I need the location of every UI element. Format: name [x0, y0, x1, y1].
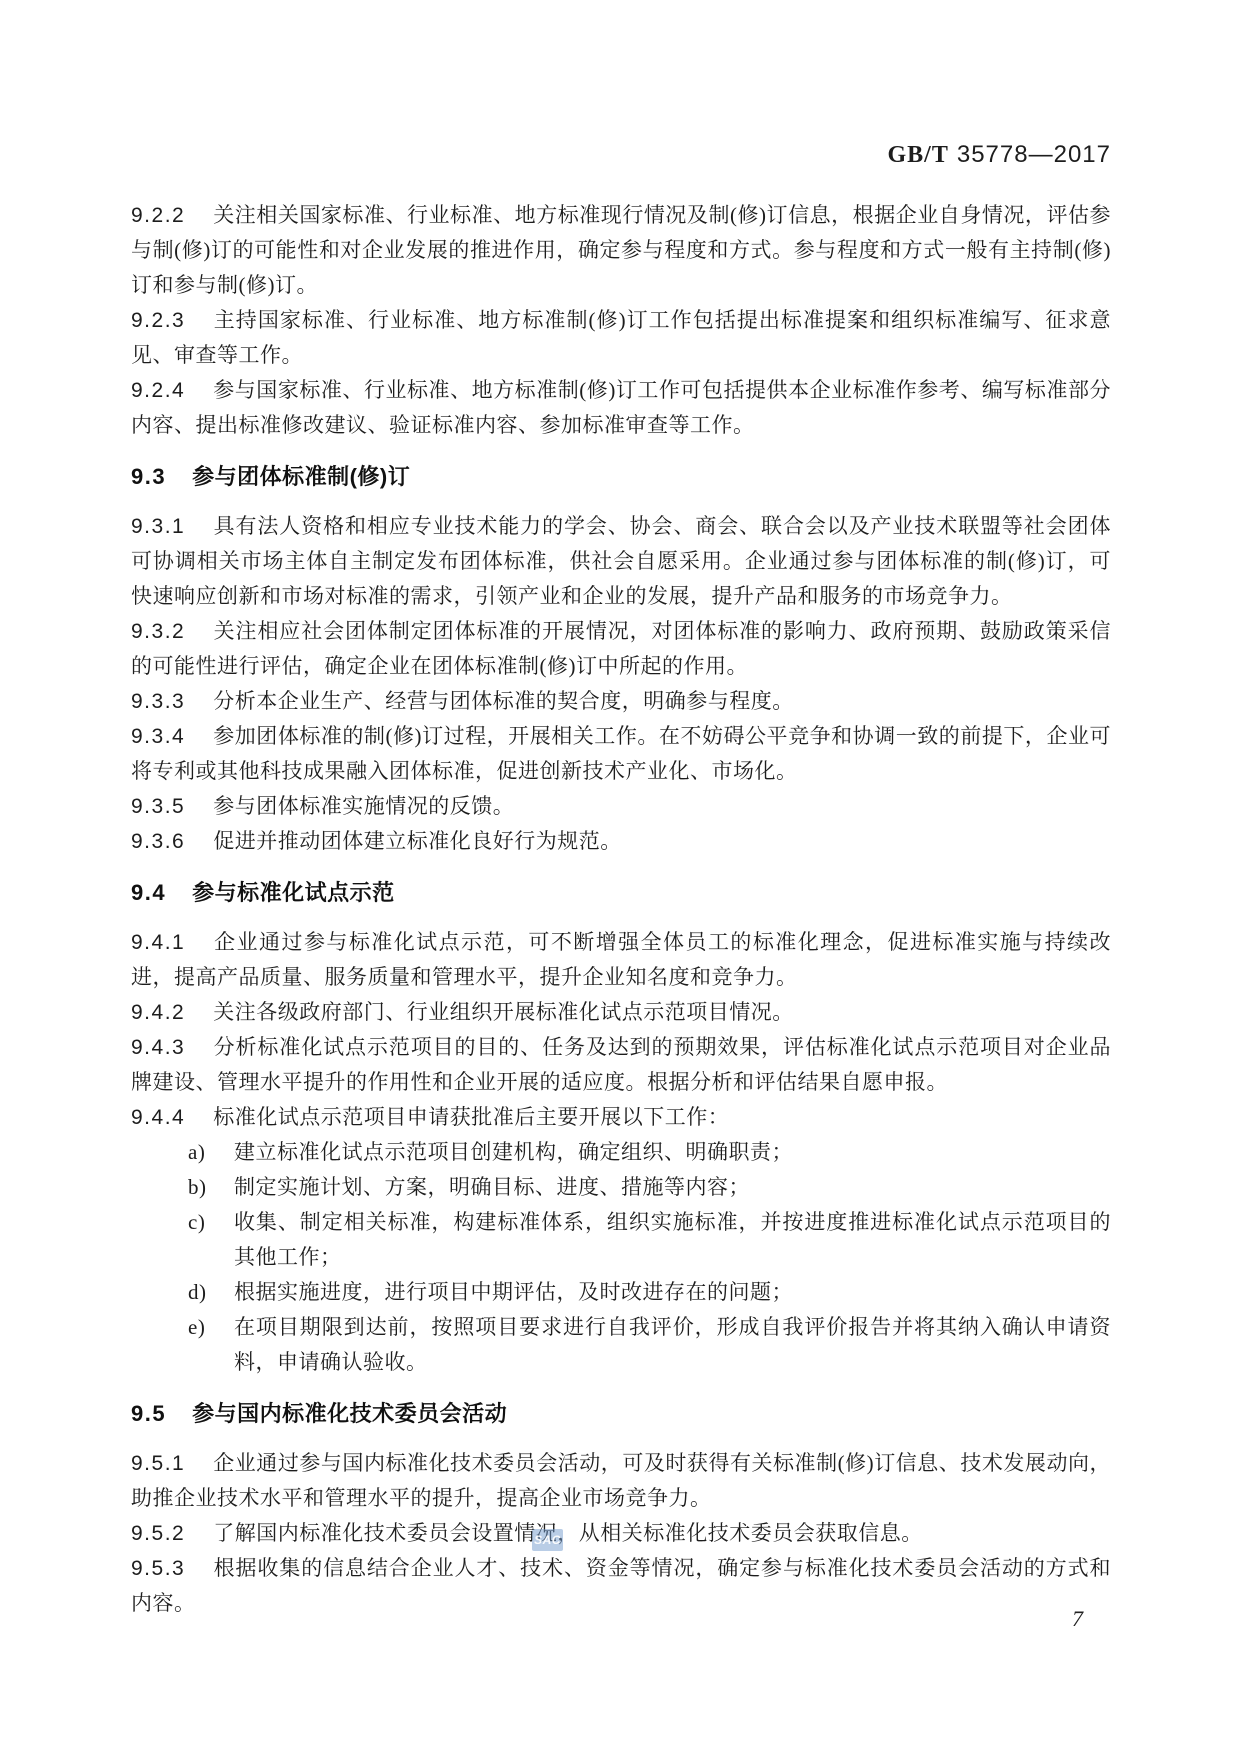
list-item-a: a)建立标准化试点示范项目创建机构，确定组织、明确职责；	[131, 1135, 1111, 1170]
list-item-b: b)制定实施计划、方案，明确目标、进度、措施等内容；	[131, 1170, 1111, 1205]
clause-text: 参加团体标准的制(修)订过程，开展相关工作。在不妨碍公平竞争和协调一致的前提下，…	[131, 724, 1111, 783]
clause-number: 9.2.2	[131, 204, 185, 227]
heading-number: 9.4	[131, 880, 166, 905]
heading-text: 参与标准化试点示范	[192, 880, 395, 905]
heading-text: 参与团体标准制(修)订	[192, 464, 410, 489]
clause-number: 9.5.3	[131, 1557, 185, 1580]
clause-text: 促进并推动团体建立标准化良好行为规范。	[213, 829, 622, 853]
clause-number: 9.4.1	[131, 931, 185, 954]
clause-9-4-3: 9.4.3分析标准化试点示范项目的目的、任务及达到的预期效果，评估标准化试点示范…	[131, 1030, 1111, 1100]
clause-9-2-2: 9.2.2关注相关国家标准、行业标准、地方标准现行情况及制(修)订信息，根据企业…	[131, 198, 1111, 303]
clause-9-2-4: 9.2.4参与国家标准、行业标准、地方标准制(修)订工作可包括提供本企业标准作参…	[131, 373, 1111, 443]
clause-number: 9.3.5	[131, 795, 185, 818]
list-item-d: d)根据实施进度，进行项目中期评估，及时改进存在的问题；	[131, 1275, 1111, 1310]
clause-number: 9.3.3	[131, 690, 185, 713]
list-item-text: 建立标准化试点示范项目创建机构，确定组织、明确职责；	[234, 1135, 1111, 1170]
section-heading-9-3: 9.3参与团体标准制(修)订	[131, 459, 1111, 494]
clause-text: 关注各级政府部门、行业组织开展标准化试点示范项目情况。	[213, 1000, 794, 1024]
list-item-text: 收集、制定相关标准，构建标准体系，组织实施标准，并按进度推进标准化试点示范项目的…	[234, 1205, 1111, 1275]
list-item-label: b)	[188, 1170, 234, 1205]
clause-9-5-3: 9.5.3根据收集的信息结合企业人才、技术、资金等情况，确定参与标准化技术委员会…	[131, 1551, 1111, 1621]
clause-9-3-3: 9.3.3分析本企业生产、经营与团体标准的契合度，明确参与程度。	[131, 684, 1111, 719]
list-item-label: a)	[188, 1135, 234, 1170]
sac-watermark-text: SAC	[534, 1533, 561, 1547]
standard-code-number: 35778—2017	[957, 141, 1111, 168]
section-heading-9-5: 9.5参与国内标准化技术委员会活动	[131, 1396, 1111, 1431]
list-item-e: e)在项目期限到达前，按照项目要求进行自我评价，形成自我评价报告并将其纳入确认申…	[131, 1310, 1111, 1380]
clause-number: 9.5.1	[131, 1452, 185, 1475]
sac-watermark-logo: SAC	[532, 1529, 563, 1551]
clause-text: 关注相应社会团体制定团体标准的开展情况，对团体标准的影响力、政府预期、鼓励政策采…	[131, 619, 1111, 678]
clause-9-3-6: 9.3.6促进并推动团体建立标准化良好行为规范。	[131, 824, 1111, 859]
clause-number: 9.4.3	[131, 1036, 185, 1059]
page-header: GB/T35778—2017	[131, 141, 1111, 169]
list-item-text: 在项目期限到达前，按照项目要求进行自我评价，形成自我评价报告并将其纳入确认申请资…	[234, 1310, 1111, 1380]
clause-9-3-1: 9.3.1具有法人资格和相应专业技术能力的学会、协会、商会、联合会以及产业技术联…	[131, 509, 1111, 614]
list-item-label: e)	[188, 1310, 234, 1380]
clause-text: 分析本企业生产、经营与团体标准的契合度，明确参与程度。	[213, 689, 794, 713]
clause-9-2-3: 9.2.3主持国家标准、行业标准、地方标准制(修)订工作包括提出标准提案和组织标…	[131, 303, 1111, 373]
document-page: GB/T35778—2017 9.2.2关注相关国家标准、行业标准、地方标准现行…	[0, 0, 1241, 1754]
clause-text: 具有法人资格和相应专业技术能力的学会、协会、商会、联合会以及产业技术联盟等社会团…	[131, 514, 1111, 608]
clause-text: 企业通过参与国内标准化技术委员会活动，可及时获得有关标准制(修)订信息、技术发展…	[131, 1451, 1111, 1510]
heading-number: 9.3	[131, 464, 166, 489]
clause-text: 关注相关国家标准、行业标准、地方标准现行情况及制(修)订信息，根据企业自身情况，…	[131, 203, 1111, 297]
clause-9-3-5: 9.3.5参与团体标准实施情况的反馈。	[131, 789, 1111, 824]
heading-number: 9.5	[131, 1401, 166, 1426]
clause-text: 标准化试点示范项目申请获批准后主要开展以下工作：	[213, 1105, 729, 1129]
page-number: 7	[1072, 1606, 1083, 1632]
clause-number: 9.5.2	[131, 1522, 185, 1545]
clause-9-5-1: 9.5.1企业通过参与国内标准化技术委员会活动，可及时获得有关标准制(修)订信息…	[131, 1446, 1111, 1516]
clause-text: 了解国内标准化技术委员会设置情况，从相关标准化技术委员会获取信息。	[213, 1521, 923, 1545]
clause-number: 9.3.1	[131, 515, 185, 538]
clause-text: 主持国家标准、行业标准、地方标准制(修)订工作包括提出标准提案和组织标准编写、征…	[131, 308, 1111, 367]
clause-number: 9.3.4	[131, 725, 185, 748]
clause-number: 9.3.6	[131, 830, 185, 853]
clause-9-4-1: 9.4.1企业通过参与标准化试点示范，可不断增强全体员工的标准化理念，促进标准实…	[131, 925, 1111, 995]
clause-9-4-4: 9.4.4标准化试点示范项目申请获批准后主要开展以下工作：	[131, 1100, 1111, 1135]
list-item-label: d)	[188, 1275, 234, 1310]
list-item-c: c)收集、制定相关标准，构建标准体系，组织实施标准，并按进度推进标准化试点示范项…	[131, 1205, 1111, 1275]
standard-code-prefix: GB/T	[888, 142, 949, 168]
clause-number: 9.2.4	[131, 379, 185, 402]
clause-text: 参与国家标准、行业标准、地方标准制(修)订工作可包括提供本企业标准作参考、编写标…	[131, 378, 1111, 437]
clause-number: 9.4.4	[131, 1106, 185, 1129]
clause-9-5-2: 9.5.2了解国内标准化技术委员会设置情况，从相关标准化技术委员会获取信息。	[131, 1516, 1111, 1551]
clause-9-3-4: 9.3.4参加团体标准的制(修)订过程，开展相关工作。在不妨碍公平竞争和协调一致…	[131, 719, 1111, 789]
heading-text: 参与国内标准化技术委员会活动	[192, 1401, 507, 1426]
clause-number: 9.3.2	[131, 620, 185, 643]
clause-number: 9.2.3	[131, 309, 185, 332]
list-item-label: c)	[188, 1205, 234, 1275]
list-item-text: 根据实施进度，进行项目中期评估，及时改进存在的问题；	[234, 1275, 1111, 1310]
clause-text: 根据收集的信息结合企业人才、技术、资金等情况，确定参与标准化技术委员会活动的方式…	[131, 1556, 1111, 1615]
clause-text: 企业通过参与标准化试点示范，可不断增强全体员工的标准化理念，促进标准实施与持续改…	[131, 930, 1111, 989]
document-body: 9.2.2关注相关国家标准、行业标准、地方标准现行情况及制(修)订信息，根据企业…	[131, 198, 1111, 1621]
clause-text: 分析标准化试点示范项目的目的、任务及达到的预期效果，评估标准化试点示范项目对企业…	[131, 1035, 1111, 1094]
section-heading-9-4: 9.4参与标准化试点示范	[131, 875, 1111, 910]
clause-number: 9.4.2	[131, 1001, 185, 1024]
clause-9-3-2: 9.3.2关注相应社会团体制定团体标准的开展情况，对团体标准的影响力、政府预期、…	[131, 614, 1111, 684]
clause-9-4-2: 9.4.2关注各级政府部门、行业组织开展标准化试点示范项目情况。	[131, 995, 1111, 1030]
list-item-text: 制定实施计划、方案，明确目标、进度、措施等内容；	[234, 1170, 1111, 1205]
clause-text: 参与团体标准实施情况的反馈。	[213, 794, 514, 818]
